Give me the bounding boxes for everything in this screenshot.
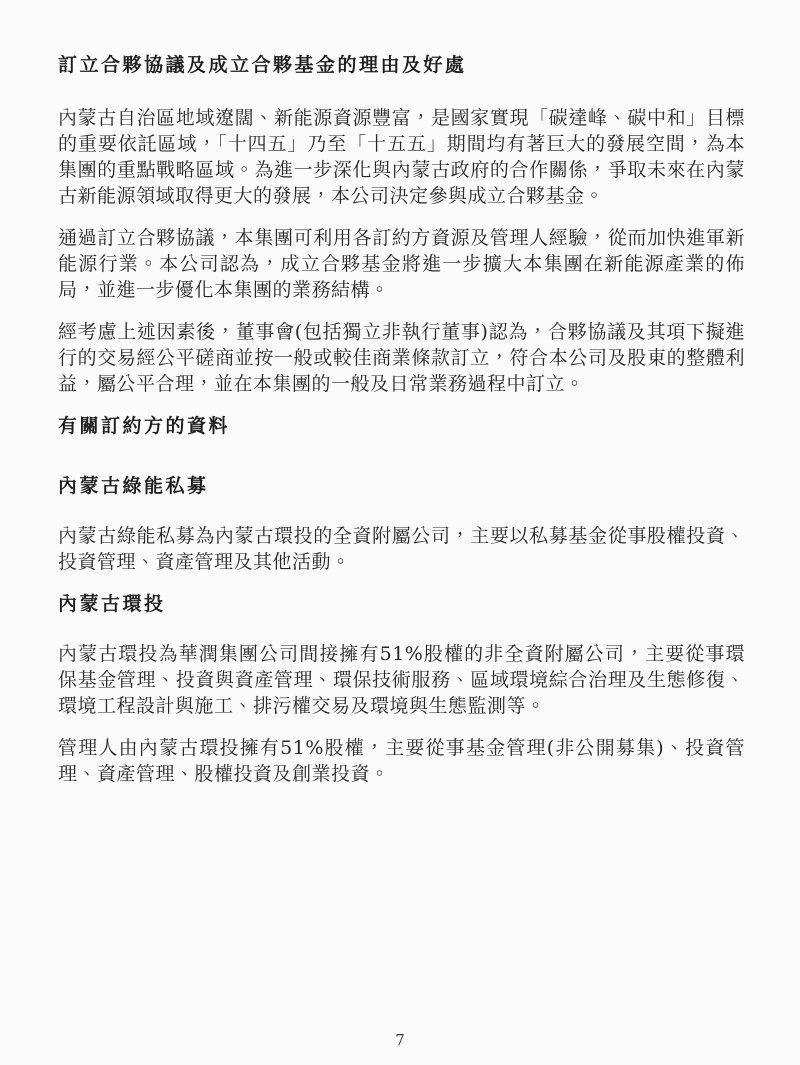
main-heading-reasons-benefits: 訂立合夥協議及成立合夥基金的理由及好處	[58, 52, 745, 78]
page-number: 7	[0, 1031, 800, 1049]
paragraph-inner-mongolia-strategy: 內蒙古自治區地域遼闊、新能源資源豐富，是國家實現「碳達峰、碳中和」目標的重要依託…	[58, 105, 745, 209]
document-page: 訂立合夥協議及成立合夥基金的理由及好處 內蒙古自治區地域遼闊、新能源資源豐富，是…	[0, 0, 800, 1065]
subsection-heading-lvneng-private-fund: 內蒙古綠能私募	[58, 473, 745, 499]
section-heading-parties-information: 有關訂約方的資料	[58, 413, 745, 439]
paragraph-huantou-description: 內蒙古環投為華潤集團公司間接擁有51%股權的非全資附屬公司，主要從事環保基金管理…	[58, 641, 745, 719]
paragraph-board-opinion: 經考慮上述因素後，董事會(包括獨立非執行董事)認為，合夥協議及其項下擬進行的交易…	[58, 319, 745, 397]
subsection-heading-huantou: 內蒙古環投	[58, 591, 745, 617]
paragraph-manager-description: 管理人由內蒙古環投擁有51%股權，主要從事基金管理(非公開募集)、投資管理、資產…	[58, 735, 745, 787]
paragraph-partnership-agreement-benefits: 通過訂立合夥協議，本集團可利用各訂約方資源及管理人經驗，從而加快進軍新能源行業。…	[58, 225, 745, 303]
paragraph-lvneng-description: 內蒙古綠能私募為內蒙古環投的全資附屬公司，主要以私募基金從事股權投資、投資管理、…	[58, 523, 745, 575]
